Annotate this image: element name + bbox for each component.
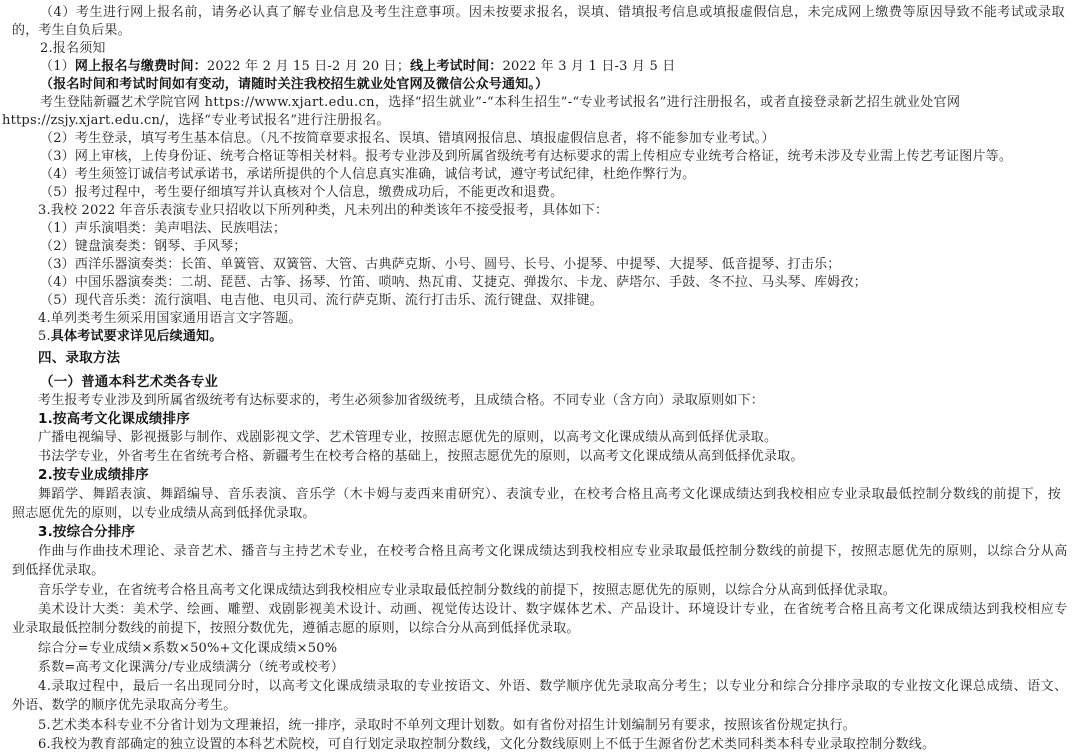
rule3-p1-line2: 到低择优录取。: [12, 562, 104, 580]
category-item: （4）中国乐器演奏类：二胡、琵琶、古筝、扬琴、竹笛、唢呐、热瓦甫、艾捷克、弹拨尔…: [40, 274, 867, 292]
category-item: （3）西洋乐器演奏类：长笛、单簧管、双簧管、大管、古典萨克斯、小号、圆号、长号、…: [40, 256, 840, 274]
category-item: （1）声乐演唱类：美声唱法、民族唱法；: [40, 220, 286, 238]
reg-heading-5-prefix: 5.: [38, 329, 51, 344]
rule3-p3-line2: 业录取最低控制分数线的前提下，按照分数优先，遵循志愿的原则，以综合分从高到低择优…: [12, 620, 580, 638]
reg-item5: （5）报考过程中，考生要仔细填写并认真核对个人信息，缴费成功后，不能更改和退费。: [40, 184, 563, 202]
rule3-p2: 音乐学专业，在省统考合格且高考文化课成绩达到我校相应专业录取最低控制分数线的前提…: [38, 582, 896, 600]
rule4-line2: 外语、数学的顺序优先录取高分考生。: [12, 697, 236, 715]
reg-item4-line1: （4）考生进行网上报名前，请务必认真了解专业信息及考生注意事项。因未按要求报名，…: [40, 4, 1065, 22]
reg-item1-prefix: （1）: [40, 59, 75, 74]
rule3-p3-line1: 美术设计大类：美术学、绘画、雕塑、戏剧影视美术设计、动画、视觉传达设计、数字媒体…: [38, 601, 1068, 619]
reg-heading-4: 4.单列类考生须采用国家通用语言文字答题。: [38, 310, 302, 328]
reg-item4b: （4）考生须签订诚信考试承诺书，承诺所提供的个人信息真实准确，诚信考试，遵守考试…: [40, 166, 695, 184]
rule3-title: 3.按综合分排序: [38, 523, 135, 541]
document-page: （4）考生进行网上报名前，请务必认真了解专业信息及考生注意事项。因未按要求报名，…: [0, 0, 1080, 755]
rule1-paragraph: 广播电视编导、影视摄影与制作、戏剧影视文学、艺术管理专业，按照志愿优先的原则，以…: [38, 429, 777, 447]
rule2-line2: 照志愿优先的原则，以专业成绩从高到低择优录取。: [12, 505, 316, 523]
rule5: 5.艺术类本科专业不分省计划为文理兼招，统一排序，录取时不单列文理计划数。如有省…: [38, 717, 856, 735]
category-item: （5）现代音乐类：流行演唱、电吉他、电贝司、流行萨克斯、流行打击乐、流行键盘、双…: [40, 292, 603, 310]
reg-item1-label-a: 网上报名与缴费时间：: [75, 59, 207, 74]
rule6: 6.我校为教育部确定的独立设置的本科艺术院校，可自行划定录取控制分数线，文化分数…: [38, 736, 935, 754]
reg-item1-line: （1）网上报名与缴费时间：2022 年 2 月 15 日-2 月 20 日；线上…: [40, 58, 676, 76]
reg-heading-3: 3.我校 2022 年音乐表演专业只招收以下所列种类，凡未列出的种类该年不接受报…: [38, 202, 608, 220]
admission-intro: 考生报考专业涉及到所属省级统考有达标要求的，考生必须参加省级统考，且成绩合格。不…: [38, 392, 764, 410]
admission-title: 四、录取方法: [38, 349, 120, 367]
category-item: （2）键盘演奏类：钢琴、手风琴；: [40, 238, 246, 256]
reg-heading-2: 2.报名须知: [40, 40, 106, 58]
rule4-line1: 4.录取过程中，最后一名出现同分时，以高考文化课成绩录取的专业按语文、外语、数学…: [38, 678, 1068, 696]
formula-coefficient: 系数=高考文化课满分/专业成绩满分（统考或校考）: [38, 659, 344, 677]
reg-heading-5-bold: 具体考试要求详见后续通知。: [51, 329, 223, 344]
reg-item1-value-b: 2022 年 3 月 1 日-3 月 5 日: [502, 59, 675, 74]
reg-item1-value-a: 2022 年 2 月 15 日-2 月 20 日；: [207, 59, 410, 74]
reg-notice-bold: （报名时间和考试时间如有变动，请随时关注我校招生就业处官网及微信公众号通知。）: [40, 76, 548, 94]
rule1-title: 1.按高考文化课成绩排序: [38, 410, 190, 428]
reg-login-line2: https://zsjy.xjart.edu.cn/，选择“专业考试报名”进行注…: [2, 112, 390, 130]
reg-item4-line2: 的，考生自负后果。: [12, 22, 131, 40]
reg-item3: （3）网上审核，上传身份证、统考合格证等相关材料。报考专业涉及到所属省级统考有达…: [40, 148, 1012, 166]
reg-heading-5: 5.具体考试要求详见后续通知。: [38, 328, 222, 346]
rule3-p1-line1: 作曲与作曲技术理论、录音艺术、播音与主持艺术专业，在校考合格且高考文化课成绩达到…: [38, 543, 1068, 561]
rule1-paragraph: 书法学专业，外省考生在省统考合格、新疆考生在校考合格的基础上，按照志愿优先的原则…: [38, 448, 804, 466]
reg-login-line1: 考生登陆新疆艺术学院官网 https://www.xjart.edu.cn，选择…: [40, 94, 960, 112]
reg-item2: （2）考生登录，填写考生基本信息。（凡不按简章要求报名、误填、错填网报信息、填报…: [40, 130, 775, 148]
formula-composite-score: 综合分=专业成绩×系数×50%+文化课成绩×50%: [38, 640, 337, 658]
reg-item1-label-b: 线上考试时间：: [410, 59, 502, 74]
rule2-title: 2.按专业成绩排序: [38, 466, 149, 484]
rule2-line1: 舞蹈学、舞蹈表演、舞蹈编导、音乐表演、音乐学（木卡姆与麦西来甫研究）、表演专业，…: [38, 486, 1061, 504]
admission-subtitle: （一）普通本科艺术类各专业: [40, 373, 218, 391]
